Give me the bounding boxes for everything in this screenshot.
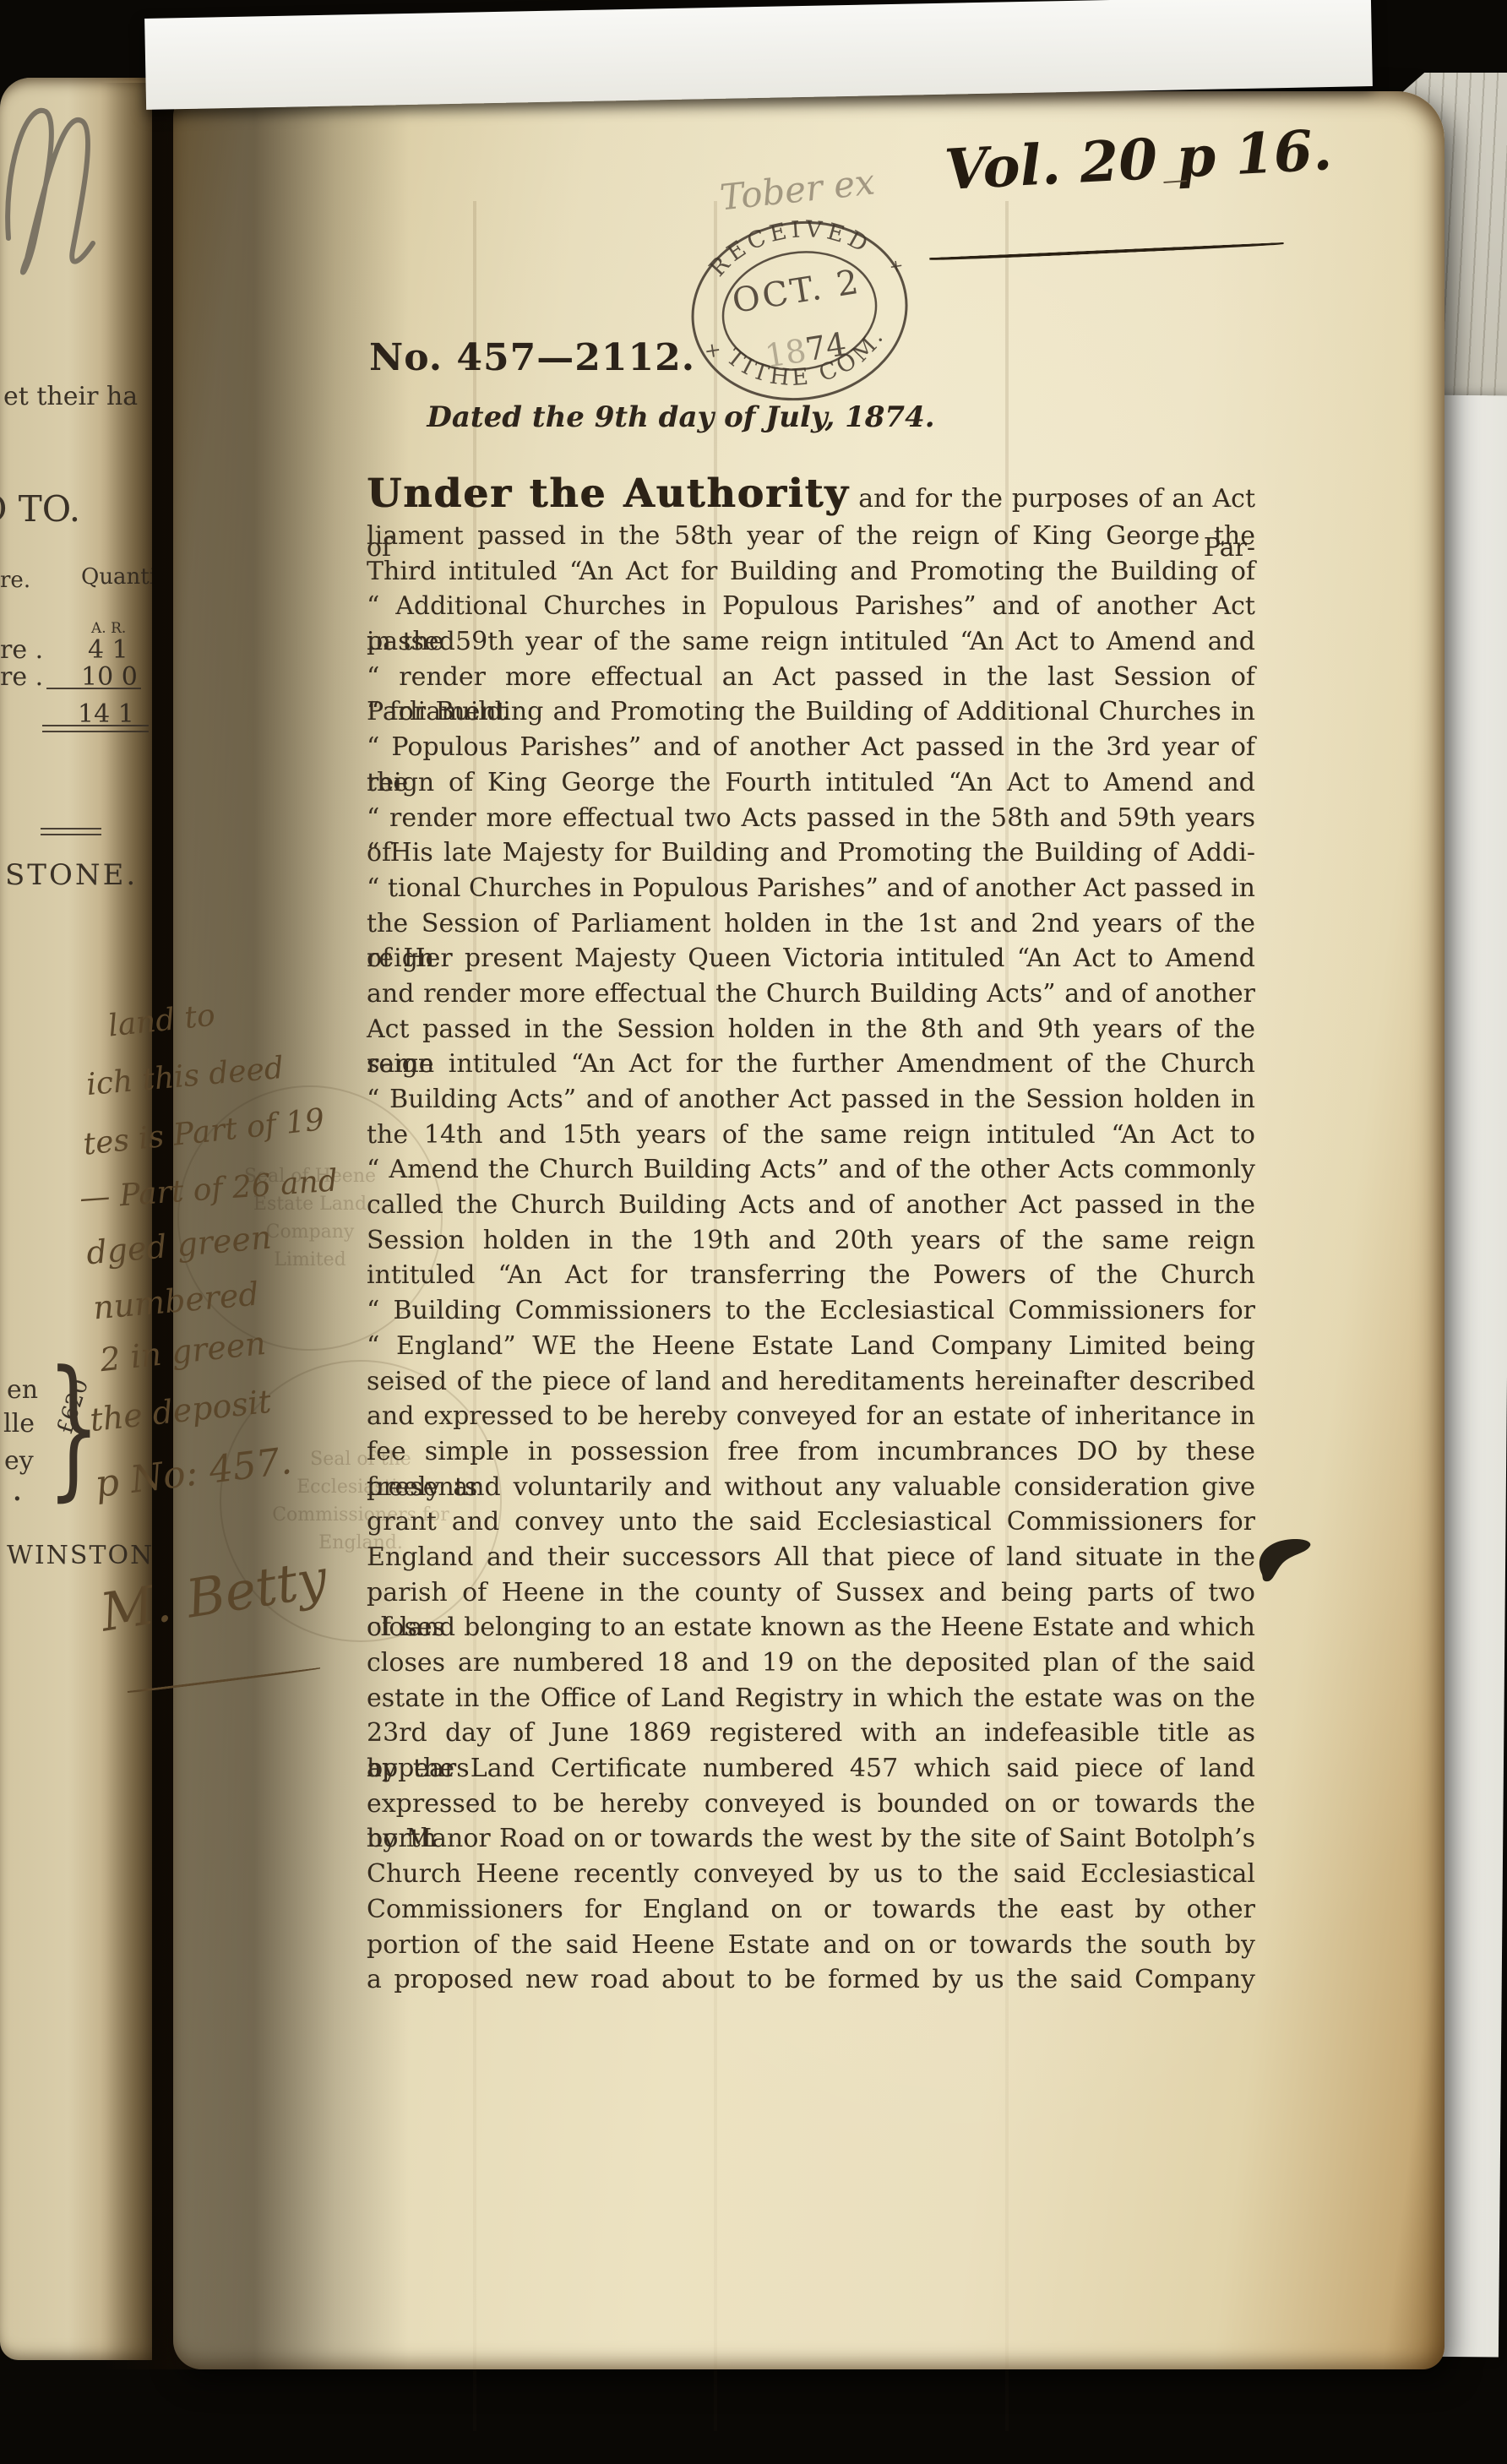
margin-note: dged green <box>85 1219 273 1272</box>
stamp-cross-right: + <box>888 254 905 276</box>
body-line: “ His late Majesty for Building and Prom… <box>367 835 1255 871</box>
body-line: by the Land Certificate numbered 457 whi… <box>367 1751 1255 1787</box>
margin-note: the deposit <box>88 1383 273 1439</box>
body-line: by Manor Road on or towards the west by … <box>367 1821 1255 1857</box>
opening-words: Under the Authority <box>367 470 849 517</box>
margin-note: numbered <box>91 1276 260 1327</box>
dated-line: Dated the 9th day of July, 1874. <box>368 400 993 434</box>
photograph-of-deed: et their haO TO.re.QuantitA. R.re .4 1re… <box>0 0 1507 2464</box>
body-line: “ render more effectual an Act passed in… <box>367 660 1255 695</box>
body-line: grant and convey unto the said Ecclesias… <box>367 1504 1255 1540</box>
margin-note: land to <box>106 998 216 1043</box>
body-line: “ Additional Churches in Populous Parish… <box>367 589 1255 624</box>
stamp-date: OCT. 2 <box>730 263 863 321</box>
deed-body-text: Under the Authority and for the purposes… <box>367 470 1255 1998</box>
body-line: of land belonging to an estate known as … <box>367 1610 1255 1645</box>
body-line: and expressed to be hereby conveyed for … <box>367 1399 1255 1434</box>
stray-pen-dash: — <box>1162 165 1189 196</box>
body-line: the Session of Parliament holden in the … <box>367 906 1255 942</box>
margin-note: tes is Part of 19 <box>82 1102 326 1162</box>
body-line: of Her present Majesty Queen Victoria in… <box>367 941 1255 976</box>
margin-note: — Part of 26 and <box>79 1163 339 1216</box>
body-line: parish of Heene in the county of Sussex … <box>367 1575 1255 1611</box>
body-line: closes are numbered 18 and 19 on the dep… <box>367 1645 1255 1681</box>
body-line: estate in the Office of Land Registry in… <box>367 1681 1255 1716</box>
body-line: called the Church Building Acts and of a… <box>367 1188 1255 1223</box>
received-date-stamp: RECEIVED TITHE COM. OCT. 2 1874 + + <box>672 199 928 427</box>
body-line: reign intituled “An Act for the further … <box>367 1047 1255 1082</box>
body-line: fee simple in possession free from incum… <box>367 1434 1255 1470</box>
body-line: portion of the said Heene Estate and on … <box>367 1928 1255 1963</box>
body-line: Under the Authority and for the purposes… <box>367 470 1255 519</box>
ink-blot <box>1250 1534 1326 1596</box>
body-line: Third intituled “An Act for Building and… <box>367 554 1255 590</box>
signature-flourish <box>128 1667 321 1694</box>
body-line: 23rd day of June 1869 registered with an… <box>367 1716 1255 1751</box>
body-line: liament passed in the 58th year of the r… <box>367 519 1255 554</box>
body-line: “ Populous Parishes” and of another Act … <box>367 730 1255 765</box>
body-line: seised of the piece of land and heredita… <box>367 1364 1255 1400</box>
body-line: expressed to be hereby conveyed is bound… <box>367 1787 1255 1822</box>
body-line: “ Building Commissioners to the Ecclesia… <box>367 1293 1255 1329</box>
body-line: the 14th and 15th years of the same reig… <box>367 1118 1255 1153</box>
margin-note: ich this deed <box>85 1051 286 1102</box>
deed-content: Tober ex Vol. 20 p 16. — RECEIVED TITHE … <box>0 0 1507 2464</box>
body-line: intituled “An Act for transferring the P… <box>367 1258 1255 1293</box>
document-number: No. 457—2112. <box>369 336 695 379</box>
body-line: England and their successors All that pi… <box>367 1540 1255 1575</box>
margin-note: 2 in green <box>98 1324 267 1379</box>
body-line: freely and voluntarily and without any v… <box>367 1470 1255 1505</box>
margin-note: p No: 457. <box>93 1439 294 1506</box>
signature: M. Betty <box>96 1547 331 1643</box>
volume-reference-underline <box>929 242 1284 261</box>
body-line: “ render more effectual two Acts passed … <box>367 801 1255 836</box>
body-line: “ for Building and Promoting the Buildin… <box>367 694 1255 730</box>
body-line: “ Amend the Church Building Acts” and of… <box>367 1152 1255 1188</box>
body-line: Church Heene recently conveyed by us to … <box>367 1857 1255 1892</box>
body-line: “ tional Churches in Populous Parishes” … <box>367 871 1255 906</box>
body-line: a proposed new road about to be formed b… <box>367 1962 1255 1998</box>
body-line: Act passed in the Session holden in the … <box>367 1012 1255 1047</box>
body-line: Session holden in the 19th and 20th year… <box>367 1223 1255 1259</box>
body-line: Commissioners for England on or towards … <box>367 1892 1255 1928</box>
body-line: in the 59th year of the same reign intit… <box>367 624 1255 660</box>
body-line: reign of King George the Fourth intitule… <box>367 765 1255 801</box>
volume-reference-annotation: Vol. 20 p 16. <box>943 117 1333 203</box>
body-line: “ England” WE the Heene Estate Land Comp… <box>367 1329 1255 1364</box>
body-line: and render more effectual the Church Bui… <box>367 976 1255 1012</box>
body-line: “ Building Acts” and of another Act pass… <box>367 1082 1255 1118</box>
stamp-cross-left: + <box>702 337 722 363</box>
